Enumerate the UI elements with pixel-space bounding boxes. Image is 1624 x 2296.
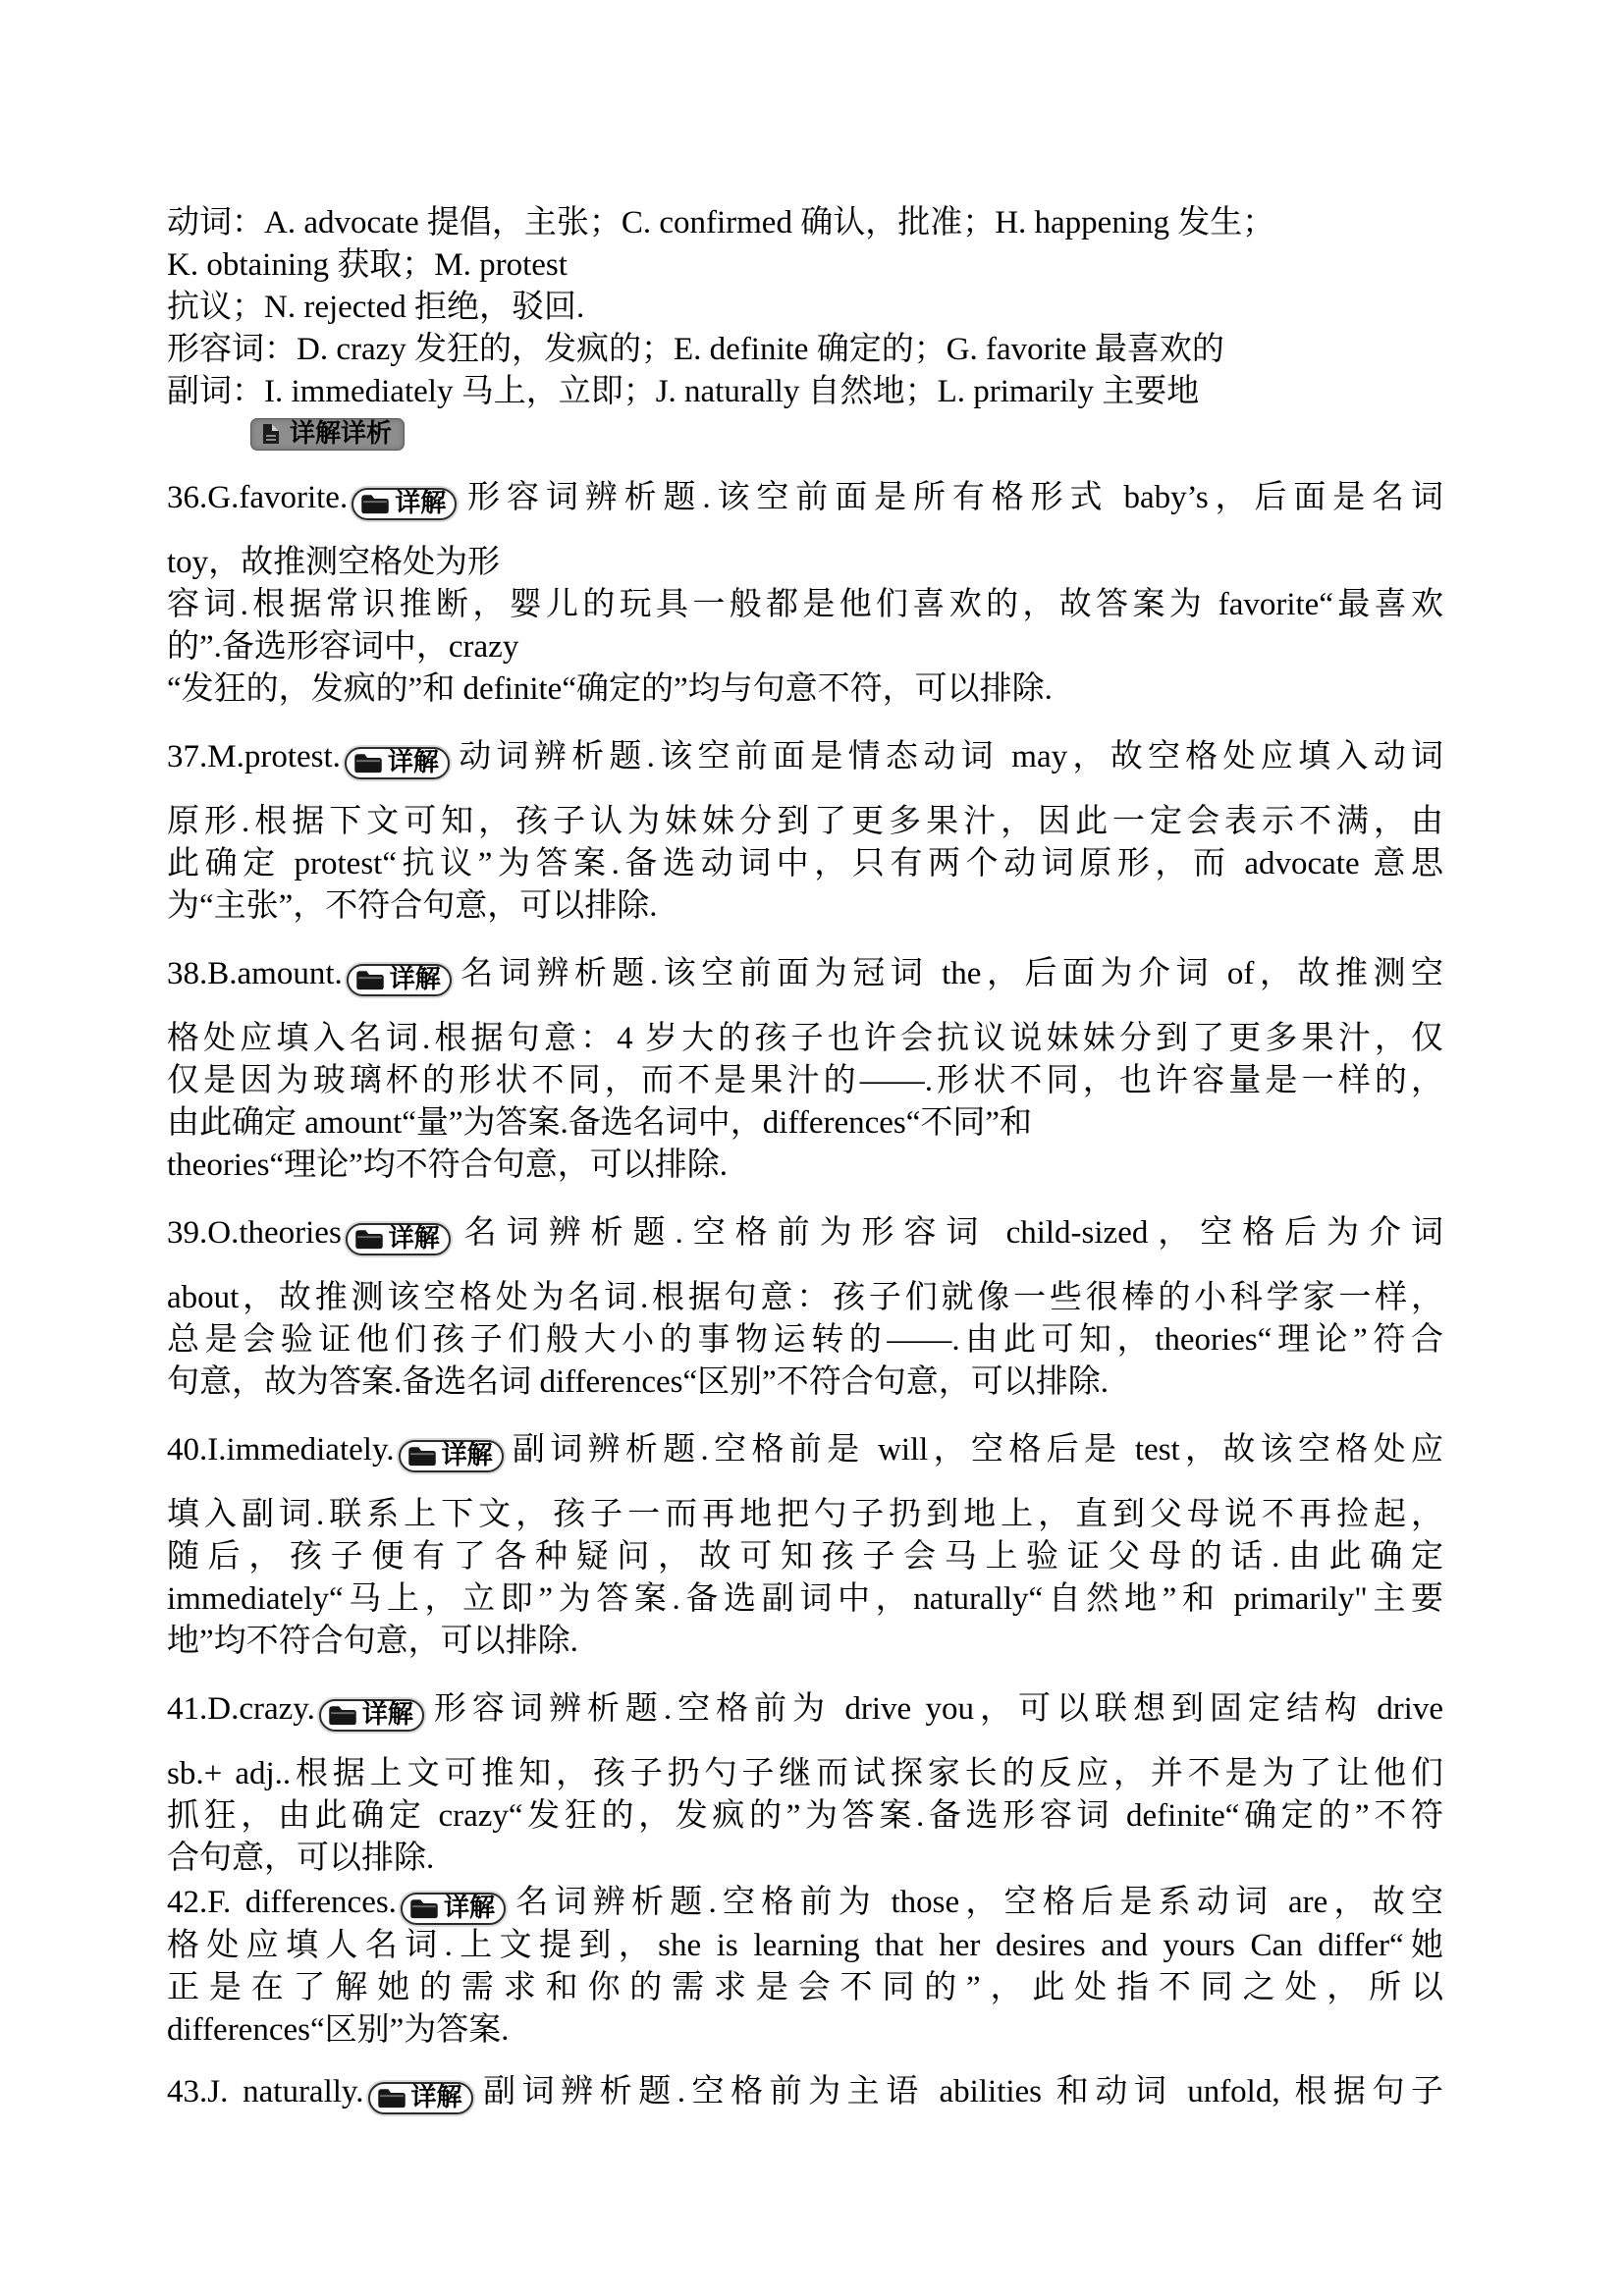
explanation-item-36: 36.G.favorite.详解形容词辨析题.该空前面是所有格形式 baby’s… [167,477,1443,711]
detail-badge: 详解 [346,1223,451,1255]
folder-icon [355,969,385,990]
document-content: 动词：A. advocate 提倡，主张；C. confirmed 确认，批准；… [167,202,1443,2136]
detailed-analysis-section-badge: 详解详析 [250,418,405,451]
item-first-text: 动词辨析题.该空前面是情态动词 may，故空格处应填入动词 [454,739,1443,774]
item-first-text: 副词辨析题.空格前为主语 abilities 和动词 unfold, 根据句子 [477,2074,1443,2109]
detail-badge: 详解 [401,1893,506,1925]
item-number-answer: 36.G.favorite. [167,480,350,515]
detail-badge-label: 详解 [395,491,446,516]
item-line: about，故推测该空格处为名词.根据句意：孩子们就像一些很棒的小科学家一样， [167,1277,1443,1319]
detail-badge: 详解 [347,964,452,996]
item-line: 合句意，可以排除. [167,1838,1443,1880]
word-bank-line: K. obtaining 获取；M. protest [167,244,1443,287]
explanation-item-38: 38.B.amount.详解名词辨析题.该空前面为冠词 the，后面为介词 of… [167,953,1443,1187]
word-bank: 动词：A. advocate 提倡，主张；C. confirmed 确认，批准；… [167,202,1443,413]
item-line: 地”均不符合句意，可以排除. [167,1621,1443,1663]
section-badge-row: 详解详析 [250,418,1443,452]
item-line: 格处应填人名词.上文提到，she is learning that her de… [167,1925,1443,1967]
explanation-item-37: 37.M.protest.详解动词辨析题.该空前面是情态动词 may，故空格处应… [167,736,1443,928]
item-line: differences“区别”为答案. [167,2009,1443,2052]
item-line: 仅是因为玻璃杯的形状不同，而不是果汁的——.形状不同，也许容量是一样的， [167,1060,1443,1102]
item-line: 格处应填入名词.根据句意：4 岁大的孩子也许会抗议说妹妹分到了更多果汁，仅 [167,1018,1443,1060]
document-page: 动词：A. advocate 提倡，主张；C. confirmed 确认，批准；… [0,0,1624,2296]
item-first-text: 名词辨析题.该空前面为冠词 the，后面为介词 of，故推测空 [456,956,1443,991]
item-first-line: 36.G.favorite.详解形容词辨析题.该空前面是所有格形式 baby’s… [167,477,1443,520]
item-line: 为“主张”，不符合句意，可以排除. [167,885,1443,928]
item-line: 原形.根据下文可知，孩子认为妹妹分到了更多果汁，因此一定会表示不满，由 [167,801,1443,843]
detail-badge-label: 详解 [390,967,441,992]
item-number-answer: 38.B.amount. [167,956,345,991]
item-number-answer: 39.O.theories [167,1215,344,1251]
folder-icon [360,493,390,514]
item-line: toy，故推测空格处为形 [167,542,1443,584]
item-line: theories“理论”均不符合句意，可以排除. [167,1145,1443,1187]
detail-badge-label: 详解 [444,1896,495,1921]
folder-icon [353,752,383,774]
explanation-list: 36.G.favorite.详解形容词辨析题.该空前面是所有格形式 baby’s… [167,477,1443,2114]
item-line: 总是会验证他们孩子们般大小的事物运转的——.由此可知，theories“理论”符… [167,1319,1443,1362]
item-line: 的”.备选形容词中，crazy [167,626,1443,668]
item-line: 由此确定 amount“量”为答案.备选名词中，differences“不同”和 [167,1102,1443,1145]
item-first-line: 40.I.immediately.详解副词辨析题.空格前是 will，空格后是 … [167,1429,1443,1472]
detail-badge-label: 详解 [362,1702,413,1728]
explanation-item-42: 42.F. differences.详解名词辨析题.空格前为 those，空格后… [167,1882,1443,2052]
item-line: immediately“马上，立即”为答案.备选副词中，naturally“自然… [167,1578,1443,1621]
folder-icon [377,2087,406,2109]
item-line: 此确定 protest“抗议”为答案.备选动词中，只有两个动词原形，而 advo… [167,843,1443,885]
detail-badge-label: 详解 [411,2085,462,2110]
word-bank-line: 动词：A. advocate 提倡，主张；C. confirmed 确认，批准；… [167,202,1443,244]
item-number-answer: 43.J. naturally. [167,2074,366,2109]
item-line: 随后，孩子便有了各种疑问，故可知孩子会马上验证父母的话.由此确定 [167,1536,1443,1578]
detail-badge: 详解 [319,1699,424,1732]
item-first-line: 43.J. naturally.详解副词辨析题.空格前为主语 abilities… [167,2071,1443,2114]
item-first-text: 形容词辨析题.该空前面是所有格形式 baby’s，后面是名词 [460,480,1443,515]
explanation-item-41: 41.D.crazy.详解形容词辨析题.空格前为 drive you，可以联想到… [167,1688,1443,1880]
folder-icon [407,1445,437,1467]
item-line: sb.+ adj..根据上文可推知，孩子扔勺子继而试探家长的反应，并不是为了让他… [167,1753,1443,1795]
word-bank-line: 副词：I. immediately 马上，立即；J. naturally 自然地… [167,371,1443,413]
item-first-line: 41.D.crazy.详解形容词辨析题.空格前为 drive you，可以联想到… [167,1688,1443,1732]
detail-badge: 详解 [352,488,457,520]
item-first-line: 37.M.protest.详解动词辨析题.该空前面是情态动词 may，故空格处应… [167,736,1443,779]
item-first-line: 42.F. differences.详解名词辨析题.空格前为 those，空格后… [167,1882,1443,1925]
word-bank-line: 抗议；N. rejected 拒绝，驳回. [167,287,1443,329]
item-number-answer: 41.D.crazy. [167,1691,317,1727]
item-line: “发狂的，发疯的”和 definite“确定的”均与句意不符，可以排除. [167,668,1443,711]
item-first-line: 38.B.amount.详解名词辨析题.该空前面为冠词 the，后面为介词 of… [167,953,1443,996]
section-badge-label: 详解详析 [290,421,392,447]
item-line: 填入副词.联系上下文，孩子一而再地把勺子扔到地上，直到父母说不再捡起， [167,1494,1443,1536]
item-first-line: 39.O.theories详解名词辨析题.空格前为形容词 child-sized… [167,1212,1443,1255]
item-number-answer: 40.I.immediately. [167,1432,397,1468]
notes-icon [259,422,283,446]
item-first-text: 形容词辨析题.空格前为 drive you，可以联想到固定结构 drive [428,1691,1443,1727]
item-number-answer: 37.M.protest. [167,739,343,774]
detail-badge: 详解 [345,747,450,779]
detail-badge-label: 详解 [388,750,439,775]
detail-badge-label: 详解 [389,1226,440,1252]
detail-badge: 详解 [399,1440,504,1472]
item-line: 正是在了解她的需求和你的需求是会不同的”，此处指不同之处，所以 [167,1967,1443,2009]
item-line: 句意，故为答案.备选名词 differences“区别”不符合句意，可以排除. [167,1362,1443,1404]
item-line: 容词.根据常识推断，婴儿的玩具一般都是他们喜欢的，故答案为 favorite“最… [167,584,1443,626]
word-bank-line: 形容词：D. crazy 发狂的，发疯的；E. definite 确定的；G. … [167,329,1443,371]
folder-icon [354,1228,384,1250]
item-first-text: 副词辨析题.空格前是 will，空格后是 test，故该空格处应 [508,1432,1443,1468]
folder-icon [328,1704,357,1726]
detail-badge-label: 详解 [442,1443,493,1468]
folder-icon [409,1897,439,1919]
explanation-item-40: 40.I.immediately.详解副词辨析题.空格前是 will，空格后是 … [167,1429,1443,1663]
explanation-item-39: 39.O.theories详解名词辨析题.空格前为形容词 child-sized… [167,1212,1443,1404]
explanation-item-43: 43.J. naturally.详解副词辨析题.空格前为主语 abilities… [167,2071,1443,2114]
item-first-text: 名词辨析题.空格前为形容词 child-sized，空格后为介词 [455,1215,1443,1251]
item-line: 抓狂，由此确定 crazy“发狂的，发疯的”为答案.备选形容词 definite… [167,1795,1443,1838]
item-first-text: 名词辨析题.空格前为 those，空格后是系动词 are，故空 [510,1885,1443,1920]
detail-badge: 详解 [368,2082,473,2114]
item-number-answer: 42.F. differences. [167,1885,399,1920]
